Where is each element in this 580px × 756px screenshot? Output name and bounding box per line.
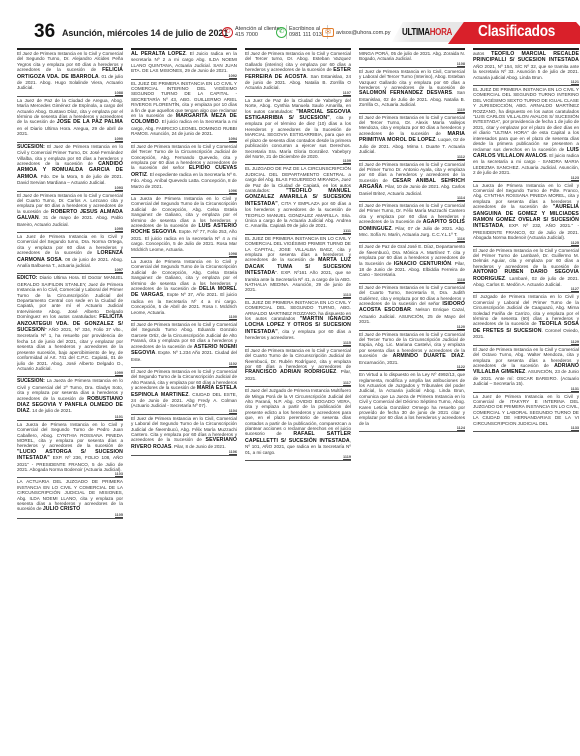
notice-code: 1096 (229, 189, 237, 194)
notice-body: El Juez de Primera Instancia en lo Civil… (359, 69, 465, 90)
notice-code: 1088 (115, 91, 123, 96)
column-2: AL PERALTA LOPEZ. El Juicio radica en la… (131, 48, 237, 748)
notice-code: 1124 (457, 426, 465, 431)
notice-body: El Juez de Primera Instancia en lo Civil… (245, 348, 351, 369)
notice-code: 1095 (115, 227, 123, 232)
legal-notice: El Juez de Primera Instancia en lo Civil… (245, 50, 351, 97)
notice-code: 1093 (115, 186, 123, 191)
notice-lead: SUCESION: (17, 378, 45, 384)
legal-notice: El Juez de Primera Instancia en lo Civil… (473, 346, 579, 393)
notice-code: 1105 (115, 513, 123, 518)
notice-lead: SUCESION: (17, 144, 45, 150)
notice-body: El Juez de Primera Instancia en lo Civil… (473, 248, 579, 269)
notice-tail: , cita y emplaza por el término de diez … (245, 115, 351, 159)
legal-notice: El Juez de Primera Instancia en lo Civil… (131, 321, 237, 368)
notice-code: 1107 (343, 91, 351, 96)
legal-notice: El Juez de Primera Instancia en lo Civil… (17, 192, 123, 233)
legal-notice: La Jueza de Primera Instancia en lo Civi… (473, 182, 579, 247)
notice-tail: . 14 de julio de 2021. (30, 408, 73, 413)
contact-phone-value: 415 7000 (235, 32, 258, 38)
legal-notice: LA ACTUARIA DEL JUZGADO DE PRIMERA INSTA… (17, 478, 123, 518)
legal-notice: El Juez del Juzgado de Primera Instancia… (245, 387, 351, 461)
publication-date: Asunción, miércoles 14 de julio de 2021 (62, 28, 228, 38)
notice-code: 1114 (457, 196, 465, 201)
ultimahora-logo: ULTIMAHORA (402, 27, 452, 38)
legal-notice: El Juez de Primera Instancia en lo Civil… (359, 114, 465, 161)
notice-body: autos (473, 51, 484, 56)
legal-notice: EL JUZGADO DE PAZ DE LA CIRCUNSCRIPCIÓN … (245, 165, 351, 234)
legal-notice: La Juez de Paz de la Ciudad de Yabebyry … (245, 97, 351, 165)
notice-tail: en el Diario Ultima Hora. Aregua, 29 de … (17, 126, 123, 136)
legal-notice: El Juez de Paz de Gral José E. Díaz, Dep… (359, 243, 465, 283)
legal-notice: AL PERALTA LOPEZ. El Juicio radica en la… (131, 50, 237, 80)
notice-code: 1123 (571, 176, 579, 181)
column-1: El Juez de Primera Instancia en lo Civil… (17, 48, 123, 748)
notice-body: La Jueza de Primera Instancia en lo Civi… (17, 422, 123, 449)
notice-body: La Juez de Primera Instancia en lo Civil… (473, 394, 579, 426)
legal-notice: autos TEOFILO MARCIAL RECALDE PRINCIPALL… (473, 50, 579, 86)
decedent-name: JOSE DE LA PAZ PALMA (57, 119, 123, 125)
notice-code: 1120 (457, 325, 465, 330)
notice-code: 1115 (343, 341, 351, 346)
legal-notice: MINGA PORÁ, 05 de julio de 2021. Abg. Zo… (359, 50, 465, 68)
decedent-name: FRANCISCO ADRIAN RODRIGUEZ (245, 369, 336, 375)
notice-tail: AÑO 2021, Nº 154, S/C Nº 32, que se tram… (473, 64, 579, 80)
legal-notice: El Juez de Primera Instancia en lo Civil… (359, 202, 465, 243)
decedent-name: AL PERALTA LOPEZ (131, 51, 186, 57)
notice-code: 1129 (571, 340, 579, 345)
legal-notice: El Juez de Primera Instancia en lo Civil… (131, 368, 237, 415)
notice-code: 1109 (343, 159, 351, 164)
notice-code: 1117 (343, 381, 351, 386)
notice-code: 1099 (115, 371, 123, 376)
whatsapp-icon: ✆ (276, 27, 287, 38)
notice-code: 1092 (229, 74, 237, 79)
legal-notice: EL JUEZ DE PRIMERA INSTANCIA EN LO CIVIL… (245, 299, 351, 347)
legal-notice: SUCESION: El Juez de Primera Instancia e… (17, 143, 123, 192)
column-3: El Juez de Primera Instancia en lo Civil… (245, 48, 351, 748)
notice-code: 1125 (571, 241, 579, 246)
notice-code: 1131 (571, 387, 579, 392)
notice-code: 1103 (115, 472, 123, 477)
column-4: MINGA PORÁ, 05 de julio de 2021. Abg. Zo… (359, 48, 465, 748)
legal-notice: EL JUEZ DE PRIMERA INSTANCIA EN LO CIVIL… (245, 235, 351, 299)
legal-notice: El Juez de Primera Instancia en lo Civil… (473, 247, 579, 294)
notice-code: 1116 (457, 237, 465, 242)
notice-code: 1127 (571, 287, 579, 292)
notice-body: EL JUEZ DE PRIMERA INSTANCIA EN LO CIVIL… (473, 87, 579, 151)
notice-code: 1133 (571, 426, 579, 431)
legal-notice: El Juez de Primera Instancia en lo Civil… (131, 415, 237, 456)
notice-code: 1102 (229, 362, 237, 367)
notice-code: 1106 (229, 450, 237, 455)
legal-notice: El Juzgado de Primera Instancia en lo Ci… (473, 293, 579, 345)
column-5: autos TEOFILO MARCIAL RECALDE PRINCIPALL… (473, 48, 579, 748)
contact-whatsapp-value: 0981 111 013 (289, 32, 322, 38)
notice-code: 1101 (115, 415, 123, 420)
notice-code: 1121 (571, 80, 579, 85)
notice-code: 1112 (457, 155, 465, 160)
legal-notice: El Juez de Primera Instancia en lo Civil… (359, 161, 465, 202)
classifieds-columns: El Juez de Primera Instancia en lo Civil… (17, 48, 563, 748)
notice-body: MINGA PORÁ, 05 de julio de 2021. Abg. Zo… (359, 51, 465, 61)
legal-notice: EL JUEZ DE PRIMERA INSTANCIA EN LO CIVIL… (473, 86, 579, 182)
decedent-name: TEOFILO MARCIAL RECALDE PRINCIPALLI S/ S… (473, 51, 579, 63)
notice-code: 1118 (457, 278, 465, 283)
decedent-name: SALOMON FERNANDEZ DESVARS (359, 90, 452, 96)
notice-tail: " AÑO 2021, Nº 334, Folio 37 vlto., Secr… (17, 327, 123, 371)
phone-icon: ✆ (222, 27, 233, 38)
notice-code: 1119 (343, 455, 351, 460)
notice-code: 1104 (229, 409, 237, 414)
notice-code: 1108 (457, 62, 465, 67)
legal-notice: El Juez de Primera Instancia en lo Civil… (359, 284, 465, 331)
legal-notice: La Juez de Paz de la Ciudad de Aregua, A… (17, 97, 123, 143)
legal-notice: El Juez de Primera Instancia en lo Civil… (359, 68, 465, 114)
notice-code: 1090 (115, 137, 123, 142)
legal-notice: La Juez de Primera Instancia en lo Civil… (473, 393, 579, 432)
legal-notice: EL JUEZ DE PRIMERA INSTANCIA EN LO CIVIL… (131, 80, 237, 143)
contact-email-value: avisos@uhora.com.py (336, 30, 391, 36)
legal-notice: La Juez de Primera Instancia en lo Civil… (17, 233, 123, 274)
notice-code: 1094 (229, 137, 237, 142)
notice-code: 1111 (343, 229, 351, 234)
legal-notice: El Juez de Primera Instancia en lo Civil… (359, 331, 465, 371)
notice-code: 1113 (343, 293, 351, 298)
notice-tail: . El expediente radica en la Secretaría … (131, 172, 237, 189)
legal-notice: El Juez de Primera Instancia en lo Civil… (17, 50, 123, 97)
legal-notice: La Jueza de Primera Instancia en lo Civi… (131, 195, 237, 258)
legal-notice: En Virtud a lo dispuesto en la Ley Nº 49… (359, 371, 465, 432)
legal-notice: El Juez de Primera Instancia en lo Civil… (131, 143, 237, 195)
notice-code: 1110 (457, 108, 465, 113)
notice-body: Diario Ultima Hora. El Doctor MANUEL GER… (17, 275, 123, 319)
notice-body: En Virtud a lo dispuesto en la Ley Nº 49… (359, 372, 465, 426)
notice-code: 1098 (229, 252, 237, 257)
notice-code: 1097 (115, 268, 123, 273)
legal-notice: El Juez de Primera Instancia en lo Civil… (245, 347, 351, 387)
section-title: Clasificados (478, 23, 555, 41)
page-number: 36 (34, 22, 55, 42)
notice-code: 1100 (229, 315, 237, 320)
page-header: 36 Asunción, miércoles 14 de julio de 20… (0, 22, 580, 44)
contact-whatsapp[interactable]: ✆ Escribinos al 0981 111 013 (276, 25, 328, 39)
legal-notice: SUCESION: La Jueza de Primera Instancia … (17, 377, 123, 420)
legal-notice: EDICTO: Diario Ultima Hora. El Doctor MA… (17, 274, 123, 377)
mail-icon: ✉ (322, 28, 334, 37)
decedent-name: ARMINDO DUARTE DIAZ (393, 353, 464, 359)
notice-code: 1122 (457, 365, 465, 370)
decedent-name: IGNACIO CENTURIÓN (394, 261, 451, 267)
legal-notice: La Jueza de Primera Instancia en lo Civi… (17, 421, 123, 479)
notice-lead: EDICTO: (17, 275, 37, 281)
notice-tail: . Pilar, 8 de Junio de 2021. (171, 444, 225, 449)
contact-email[interactable]: ✉ avisos@uhora.com.py (322, 28, 391, 37)
decedent-name: JULIO CRISTO (43, 506, 80, 512)
legal-notice: La Jueza de Primera Instancia en lo Civi… (131, 258, 237, 321)
notice-body: El Juez del Juzgado de Primera Instancia… (245, 388, 351, 436)
